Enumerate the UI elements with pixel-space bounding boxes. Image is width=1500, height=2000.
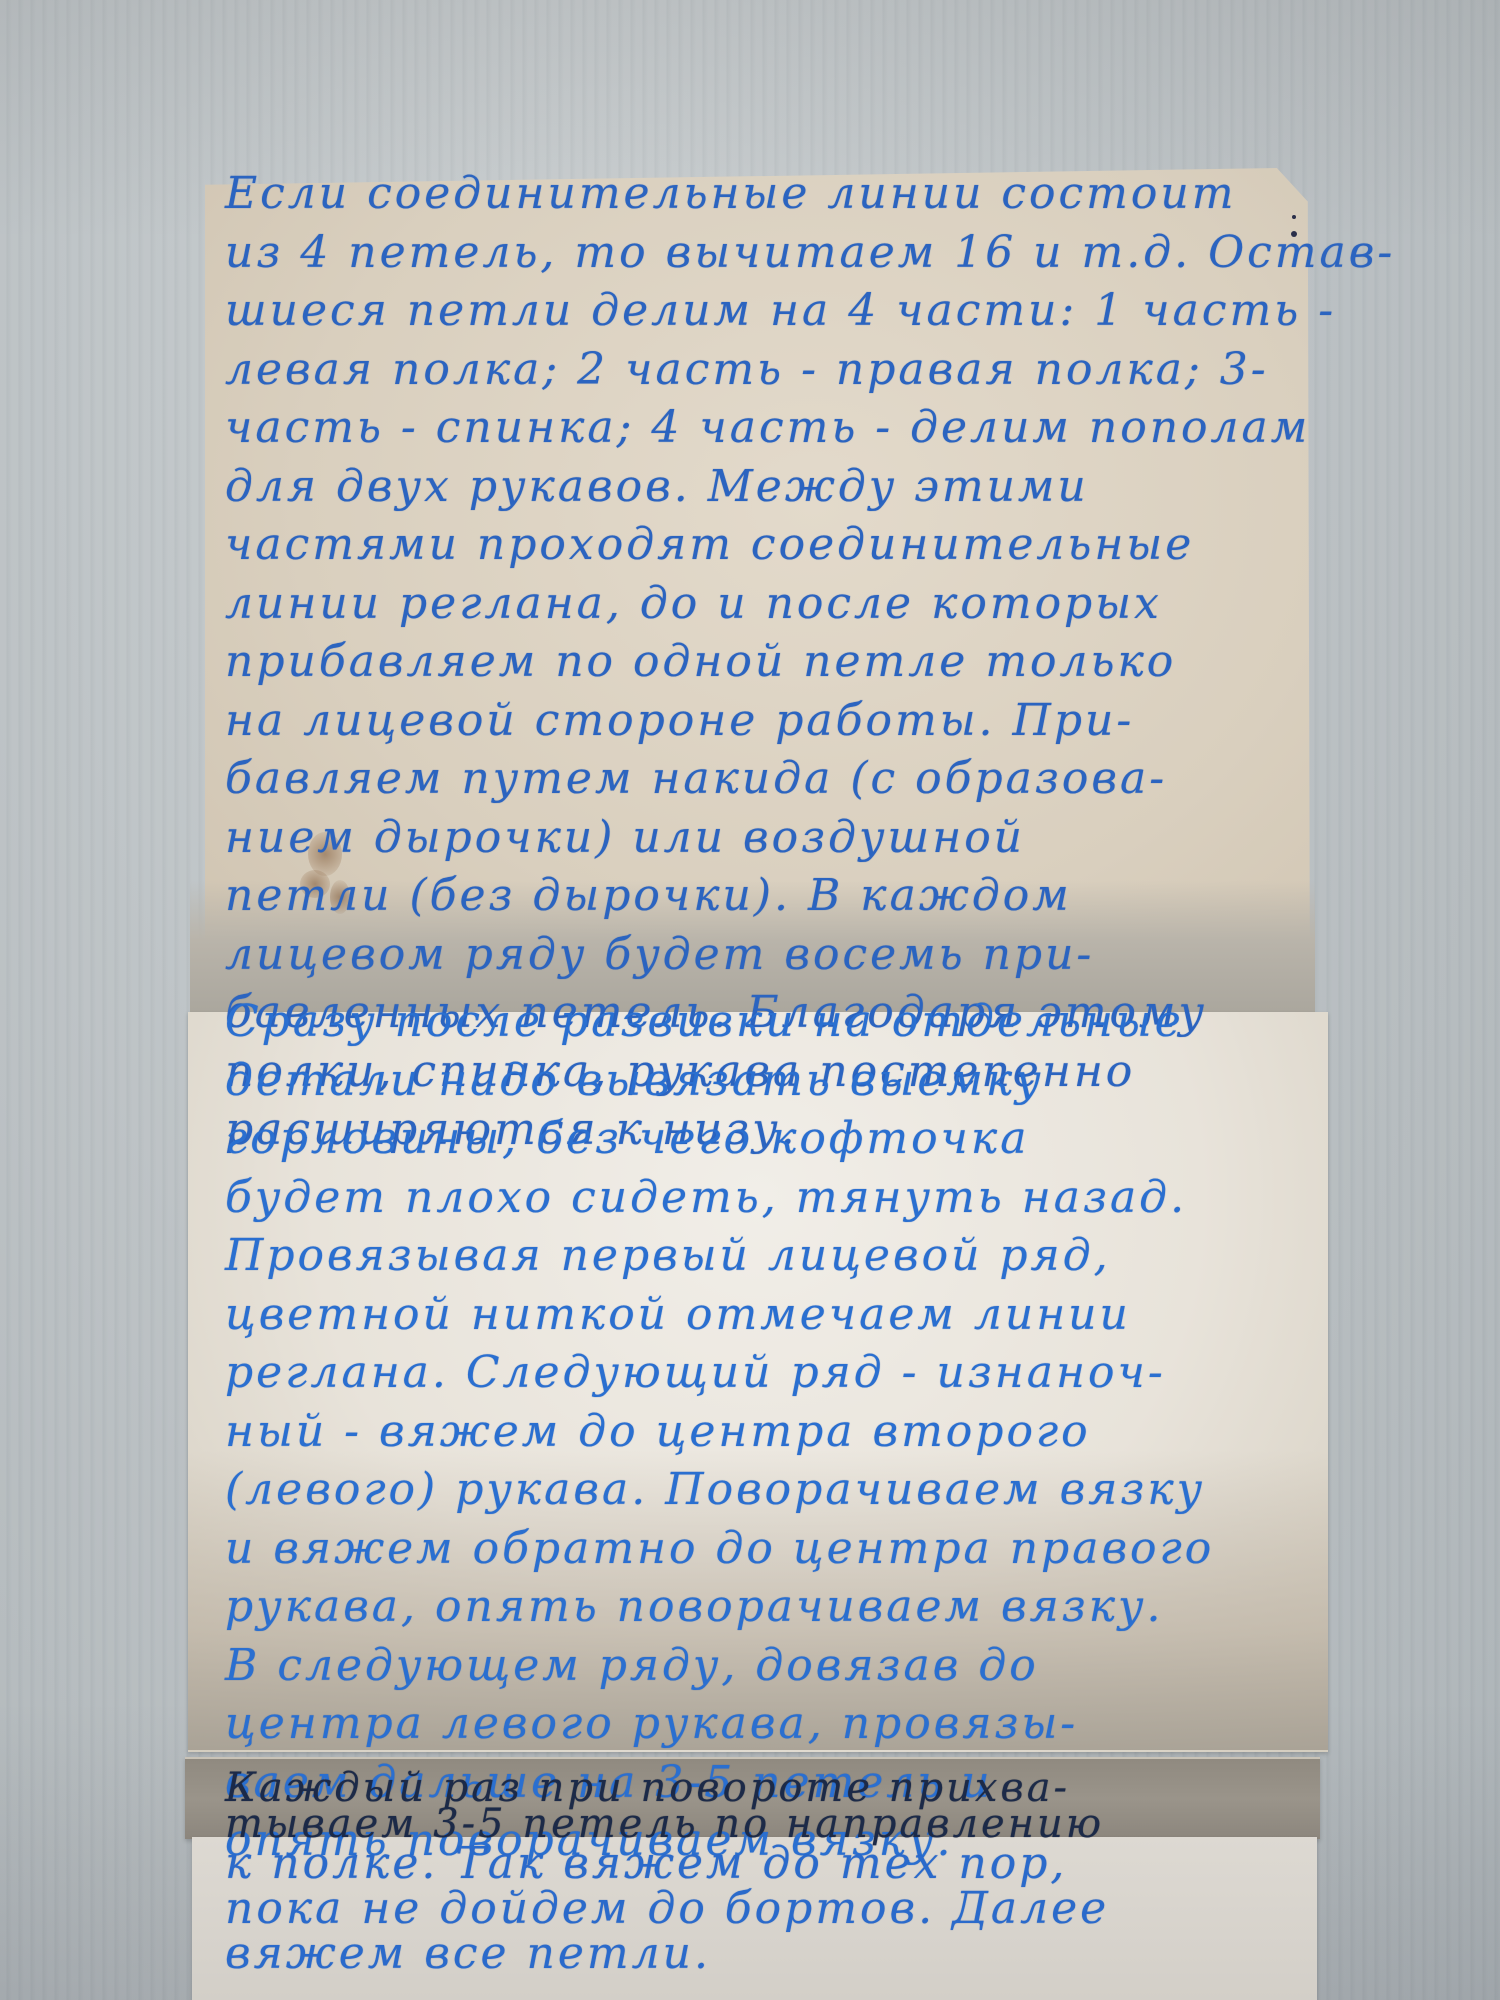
handwritten-line: прибавляем по одной петле только [225, 640, 1295, 699]
handwritten-letter: Если соединительные линии состоит из 4 п… [0, 0, 1500, 2000]
handwritten-line: вяжем все петли. [225, 1932, 1295, 1977]
handwritten-line: левая полка; 2 часть - правая полка; 3- [225, 348, 1295, 407]
handwritten-line: реглана. Следующий ряд - изнаноч- [225, 1351, 1295, 1410]
handwritten-line: лицевом ряду будет восемь при- [225, 933, 1295, 992]
handwritten-line: В следующем ряду, довязав до [225, 1644, 1295, 1703]
text-block-bottom: к полке. Так вяжем до тех пор, пока не д… [225, 1842, 1295, 1977]
handwritten-line: цветной ниткой отмечаем линии [225, 1293, 1295, 1352]
handwritten-line: пока не дойдем до бортов. Далее [225, 1887, 1295, 1932]
handwritten-line: и вяжем обратно до центра правого [225, 1527, 1295, 1586]
handwritten-line: Если соединительные линии состоит [225, 172, 1295, 231]
handwritten-line: тываем 3-5 петель по направлению [225, 1804, 1295, 1840]
handwritten-line: на лицевой стороне работы. При- [225, 699, 1295, 758]
handwritten-line: рукава, опять поворачиваем вязку. [225, 1585, 1295, 1644]
text-block-fold: Каждый раз при повороте прихва- тываем 3… [225, 1768, 1295, 1840]
handwritten-line: центра левого рукава, провязы- [225, 1702, 1295, 1761]
text-block-middle: Сразу после развивки на отдельные детали… [225, 1000, 1295, 1878]
handwritten-line: будет плохо сидеть, тянуть назад. [225, 1176, 1295, 1235]
handwritten-line: линии реглана, до и после которых [225, 582, 1295, 641]
handwritten-line: Сразу после развивки на отдельные [225, 1000, 1295, 1059]
handwritten-line: частями проходят соединительные [225, 523, 1295, 582]
handwritten-line: из 4 петель, то вычитаем 16 и т.д. Остав… [225, 231, 1295, 290]
handwritten-line: бавляем путем накида (с образова- [225, 757, 1295, 816]
handwritten-line: Провязывая первый лицевой ряд, [225, 1234, 1295, 1293]
handwritten-line: петли (без дырочки). В каждом [225, 874, 1295, 933]
handwritten-line: (левого) рукава. Поворачиваем вязку [225, 1468, 1295, 1527]
handwritten-line: к полке. Так вяжем до тех пор, [225, 1842, 1295, 1887]
handwritten-line: ный - вяжем до центра второго [225, 1410, 1295, 1469]
handwritten-line: нием дырочки) или воздушной [225, 816, 1295, 875]
handwritten-line: шиеся петли делим на 4 части: 1 часть - [225, 289, 1295, 348]
handwritten-line: Каждый раз при повороте прихва- [225, 1768, 1295, 1804]
handwritten-line: для двух рукавов. Между этими [225, 465, 1295, 524]
handwritten-line: горловины, без чего кофточка [225, 1117, 1295, 1176]
handwritten-line: часть - спинка; 4 часть - делим пополам [225, 406, 1295, 465]
handwritten-line: детали надо вывязать выемку [225, 1059, 1295, 1118]
